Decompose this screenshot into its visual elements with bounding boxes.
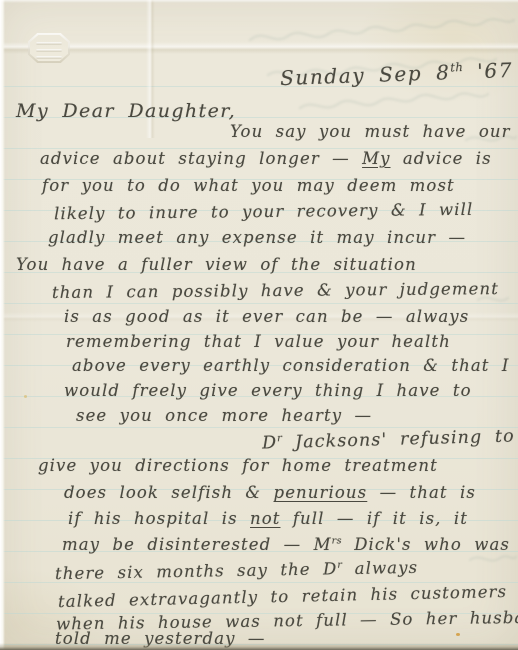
paper-edge-bottom [0, 643, 518, 650]
letter-line: gladly meet any expense it may incur — [48, 228, 466, 247]
letter-line: see you once more hearty — [76, 406, 372, 425]
letter-line: advice about staying longer — My advice … [40, 149, 492, 168]
letter-line: would freely give every thing I have to [64, 381, 472, 400]
letter-page: Sunday Sep 8th '67 My Dear Daughter, You… [0, 0, 518, 650]
letter-line: if his hospital is not full — if it is, … [68, 509, 468, 528]
foxing-speck [24, 395, 27, 398]
foxing-speck [456, 633, 460, 636]
letter-line: above every earthly consideration & that… [72, 356, 510, 375]
letter-line: You have a fuller view of the situation [16, 255, 417, 274]
letter-salutation: My Dear Daughter, [16, 100, 236, 122]
paper-edge-top [0, 0, 518, 3]
letter-line: is as good as it ever can be — always [64, 307, 469, 326]
letter-line: does look selfish & penurious — that is [64, 483, 476, 502]
letter-line: for you to do what you may deem most [42, 176, 455, 195]
letter-line: remembering that I value your health [66, 332, 451, 351]
letter-line: give you directions for home treatment [38, 456, 438, 475]
letter-line: You say you must have our [230, 122, 511, 141]
letter-line: may be disinterested — Mrs Dick's who wa… [62, 535, 510, 554]
paper-edge-left [0, 0, 5, 650]
letter-line: than I can possibly have & your judgemen… [52, 279, 499, 302]
